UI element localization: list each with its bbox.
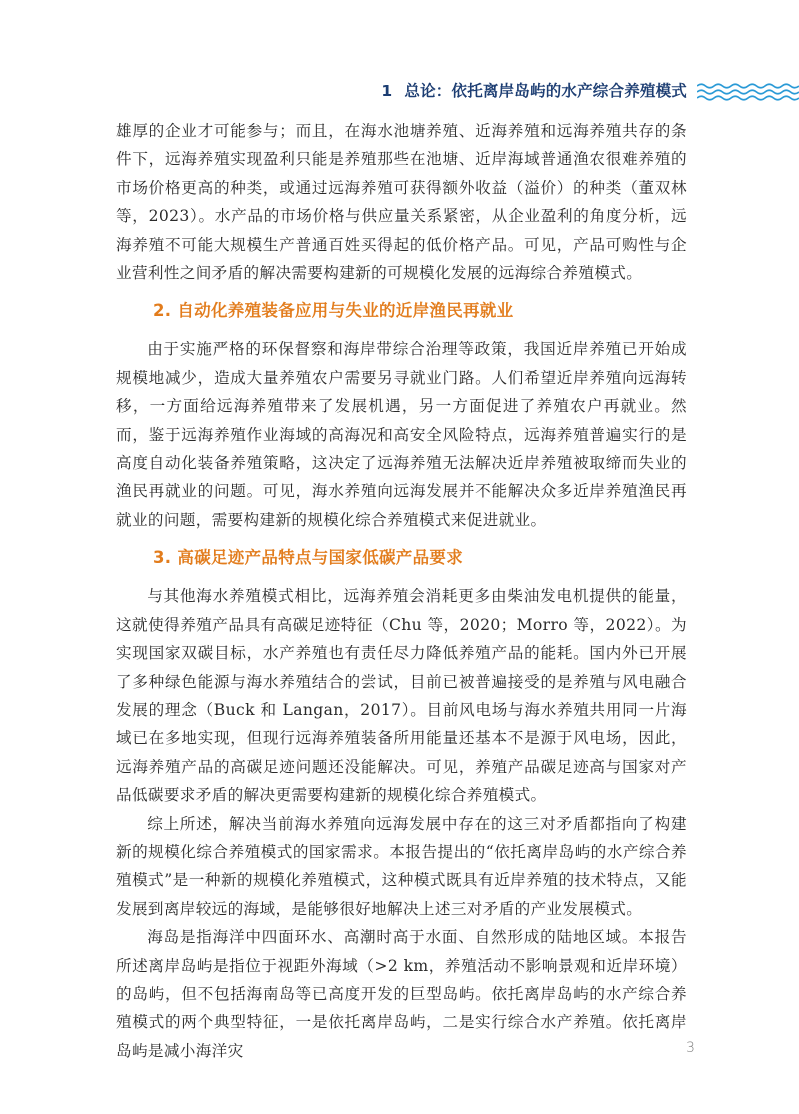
paragraph: 海岛是指海洋中四面环水、高潮时高于水面、自然形成的陆地区域。本报告所述离岸岛屿是… <box>116 923 687 1065</box>
wave-icon <box>697 81 799 103</box>
chapter-title-text: 总论：依托离岸岛屿的水产综合养殖模式 <box>404 82 687 100</box>
paragraph: 综上所述，解决当前海水养殖向远海发展中存在的这三对矛盾都指向了构建新的规模化综合… <box>116 810 687 924</box>
page-number: 3 <box>686 1040 695 1056</box>
chapter-number: 1 <box>381 82 392 100</box>
paragraph: 与其他海水养殖模式相比，远海养殖会消耗更多由柴油发电机提供的能量，这就使得养殖产… <box>116 582 687 809</box>
section-heading-2: 2. 自动化养殖装备应用与失业的近岸渔民再就业 <box>153 297 687 325</box>
paragraph-intro: 雄厚的企业才可能参与；而且，在海水池塘养殖、近海养殖和远海养殖共存的条件下，远海… <box>116 117 687 287</box>
chapter-title: 1总论：依托离岸岛屿的水产综合养殖模式 <box>381 79 687 103</box>
paragraph: 由于实施严格的环保督察和海岸带综合治理等政策，我国近岸养殖已开始成规模地减少，造… <box>116 335 687 534</box>
running-header: 1总论：依托离岸岛屿的水产综合养殖模式 <box>0 79 799 103</box>
section-heading-3: 3. 高碳足迹产品特点与国家低碳产品要求 <box>153 544 687 572</box>
page-body: 雄厚的企业才可能参与；而且，在海水池塘养殖、近海养殖和远海养殖共存的条件下，远海… <box>116 117 687 1065</box>
